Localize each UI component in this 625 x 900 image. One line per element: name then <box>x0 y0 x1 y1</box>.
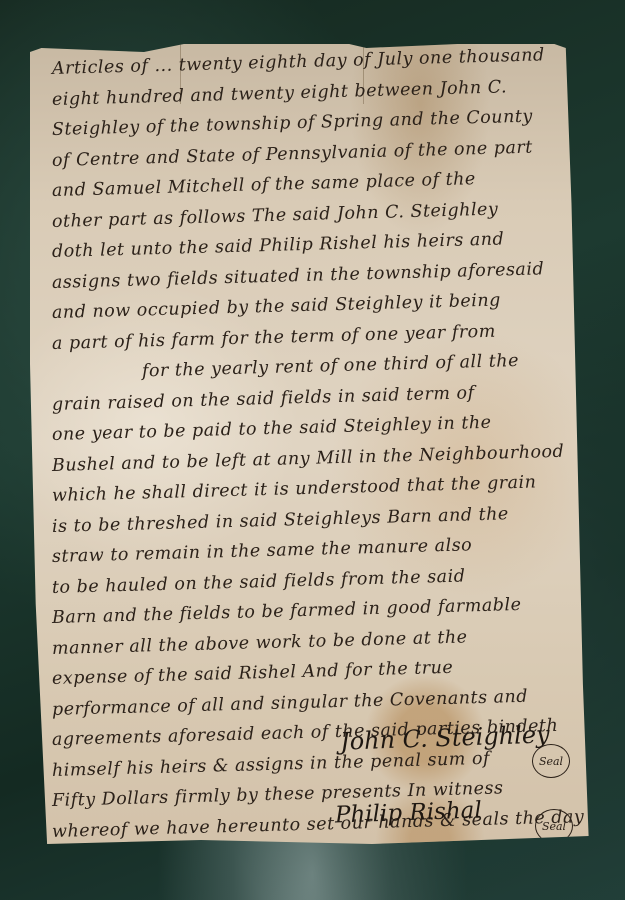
seal-icon: Seal <box>532 744 570 778</box>
document-page: Articles of ... twenty eighth day of Jul… <box>30 44 600 844</box>
seal-icon: Seal <box>535 809 573 843</box>
signature-philip: Philip Rishal <box>335 797 483 828</box>
document-body: Articles of ... twenty eighth day of Jul… <box>52 54 592 878</box>
